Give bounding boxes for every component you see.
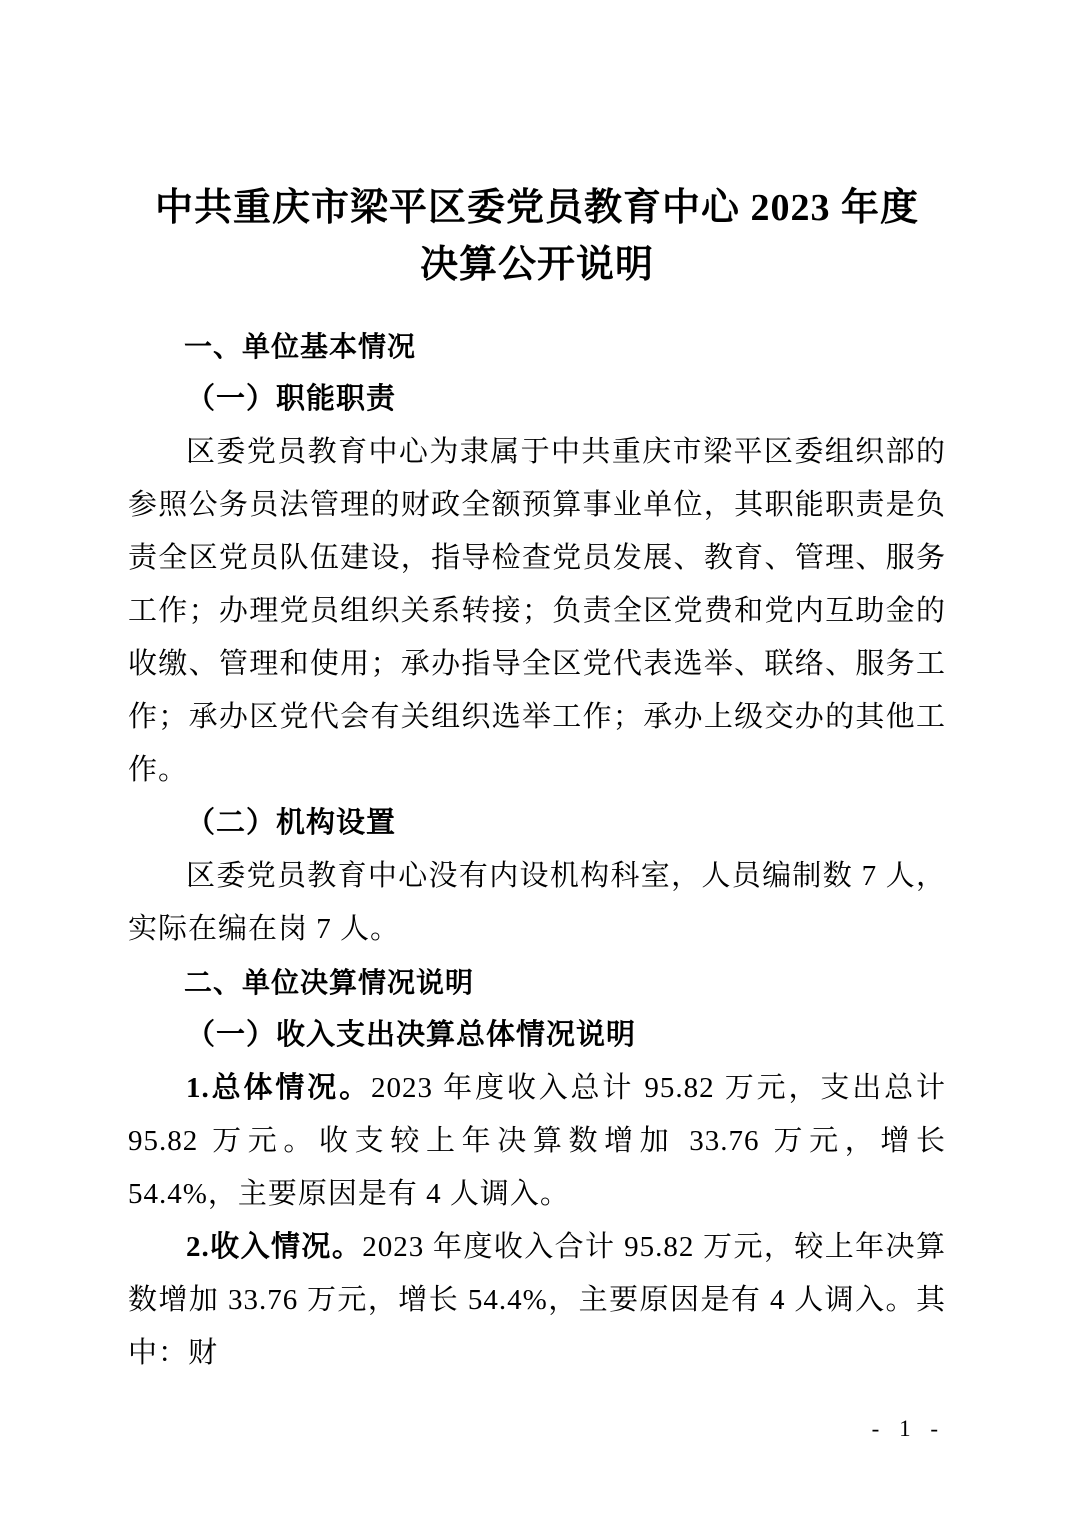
section-heading-final-accounts: 二、单位决算情况说明 [128,956,946,1009]
document-page: 中共重庆市梁平区委党员教育中心 2023 年度决算公开说明 一、单位基本情况 （… [0,0,1075,1520]
paragraph-overall-situation: 1.总体情况。2023 年度收入总计 95.82 万元，支出总计 95.82 万… [128,1062,946,1221]
paragraph-income-situation: 2.收入情况。2023 年度收入合计 95.82 万元，较上年决算数增加 33.… [128,1221,946,1380]
subsection-heading-duties: （一）职能职责 [128,373,946,426]
subsection-heading-organization: （二）机构设置 [128,797,946,850]
page-number: - 1 - [872,1416,945,1442]
paragraph-income-situation-lead: 2.收入情况。 [186,1231,362,1263]
subsection-heading-income-expenditure-overview: （一）收入支出决算总体情况说明 [128,1009,946,1062]
document-content: 中共重庆市梁平区委党员教育中心 2023 年度决算公开说明 一、单位基本情况 （… [128,180,946,1380]
section-heading-basic-info: 一、单位基本情况 [128,320,946,373]
paragraph-overall-situation-lead: 1.总体情况。 [186,1072,371,1104]
paragraph-organization: 区委党员教育中心没有内设机构科室，人员编制数 7 人，实际在编在岗 7 人。 [128,850,946,956]
page-title: 中共重庆市梁平区委党员教育中心 2023 年度决算公开说明 [136,180,938,294]
paragraph-duties: 区委党员教育中心为隶属于中共重庆市梁平区委组织部的参照公务员法管理的财政全额预算… [128,426,946,797]
